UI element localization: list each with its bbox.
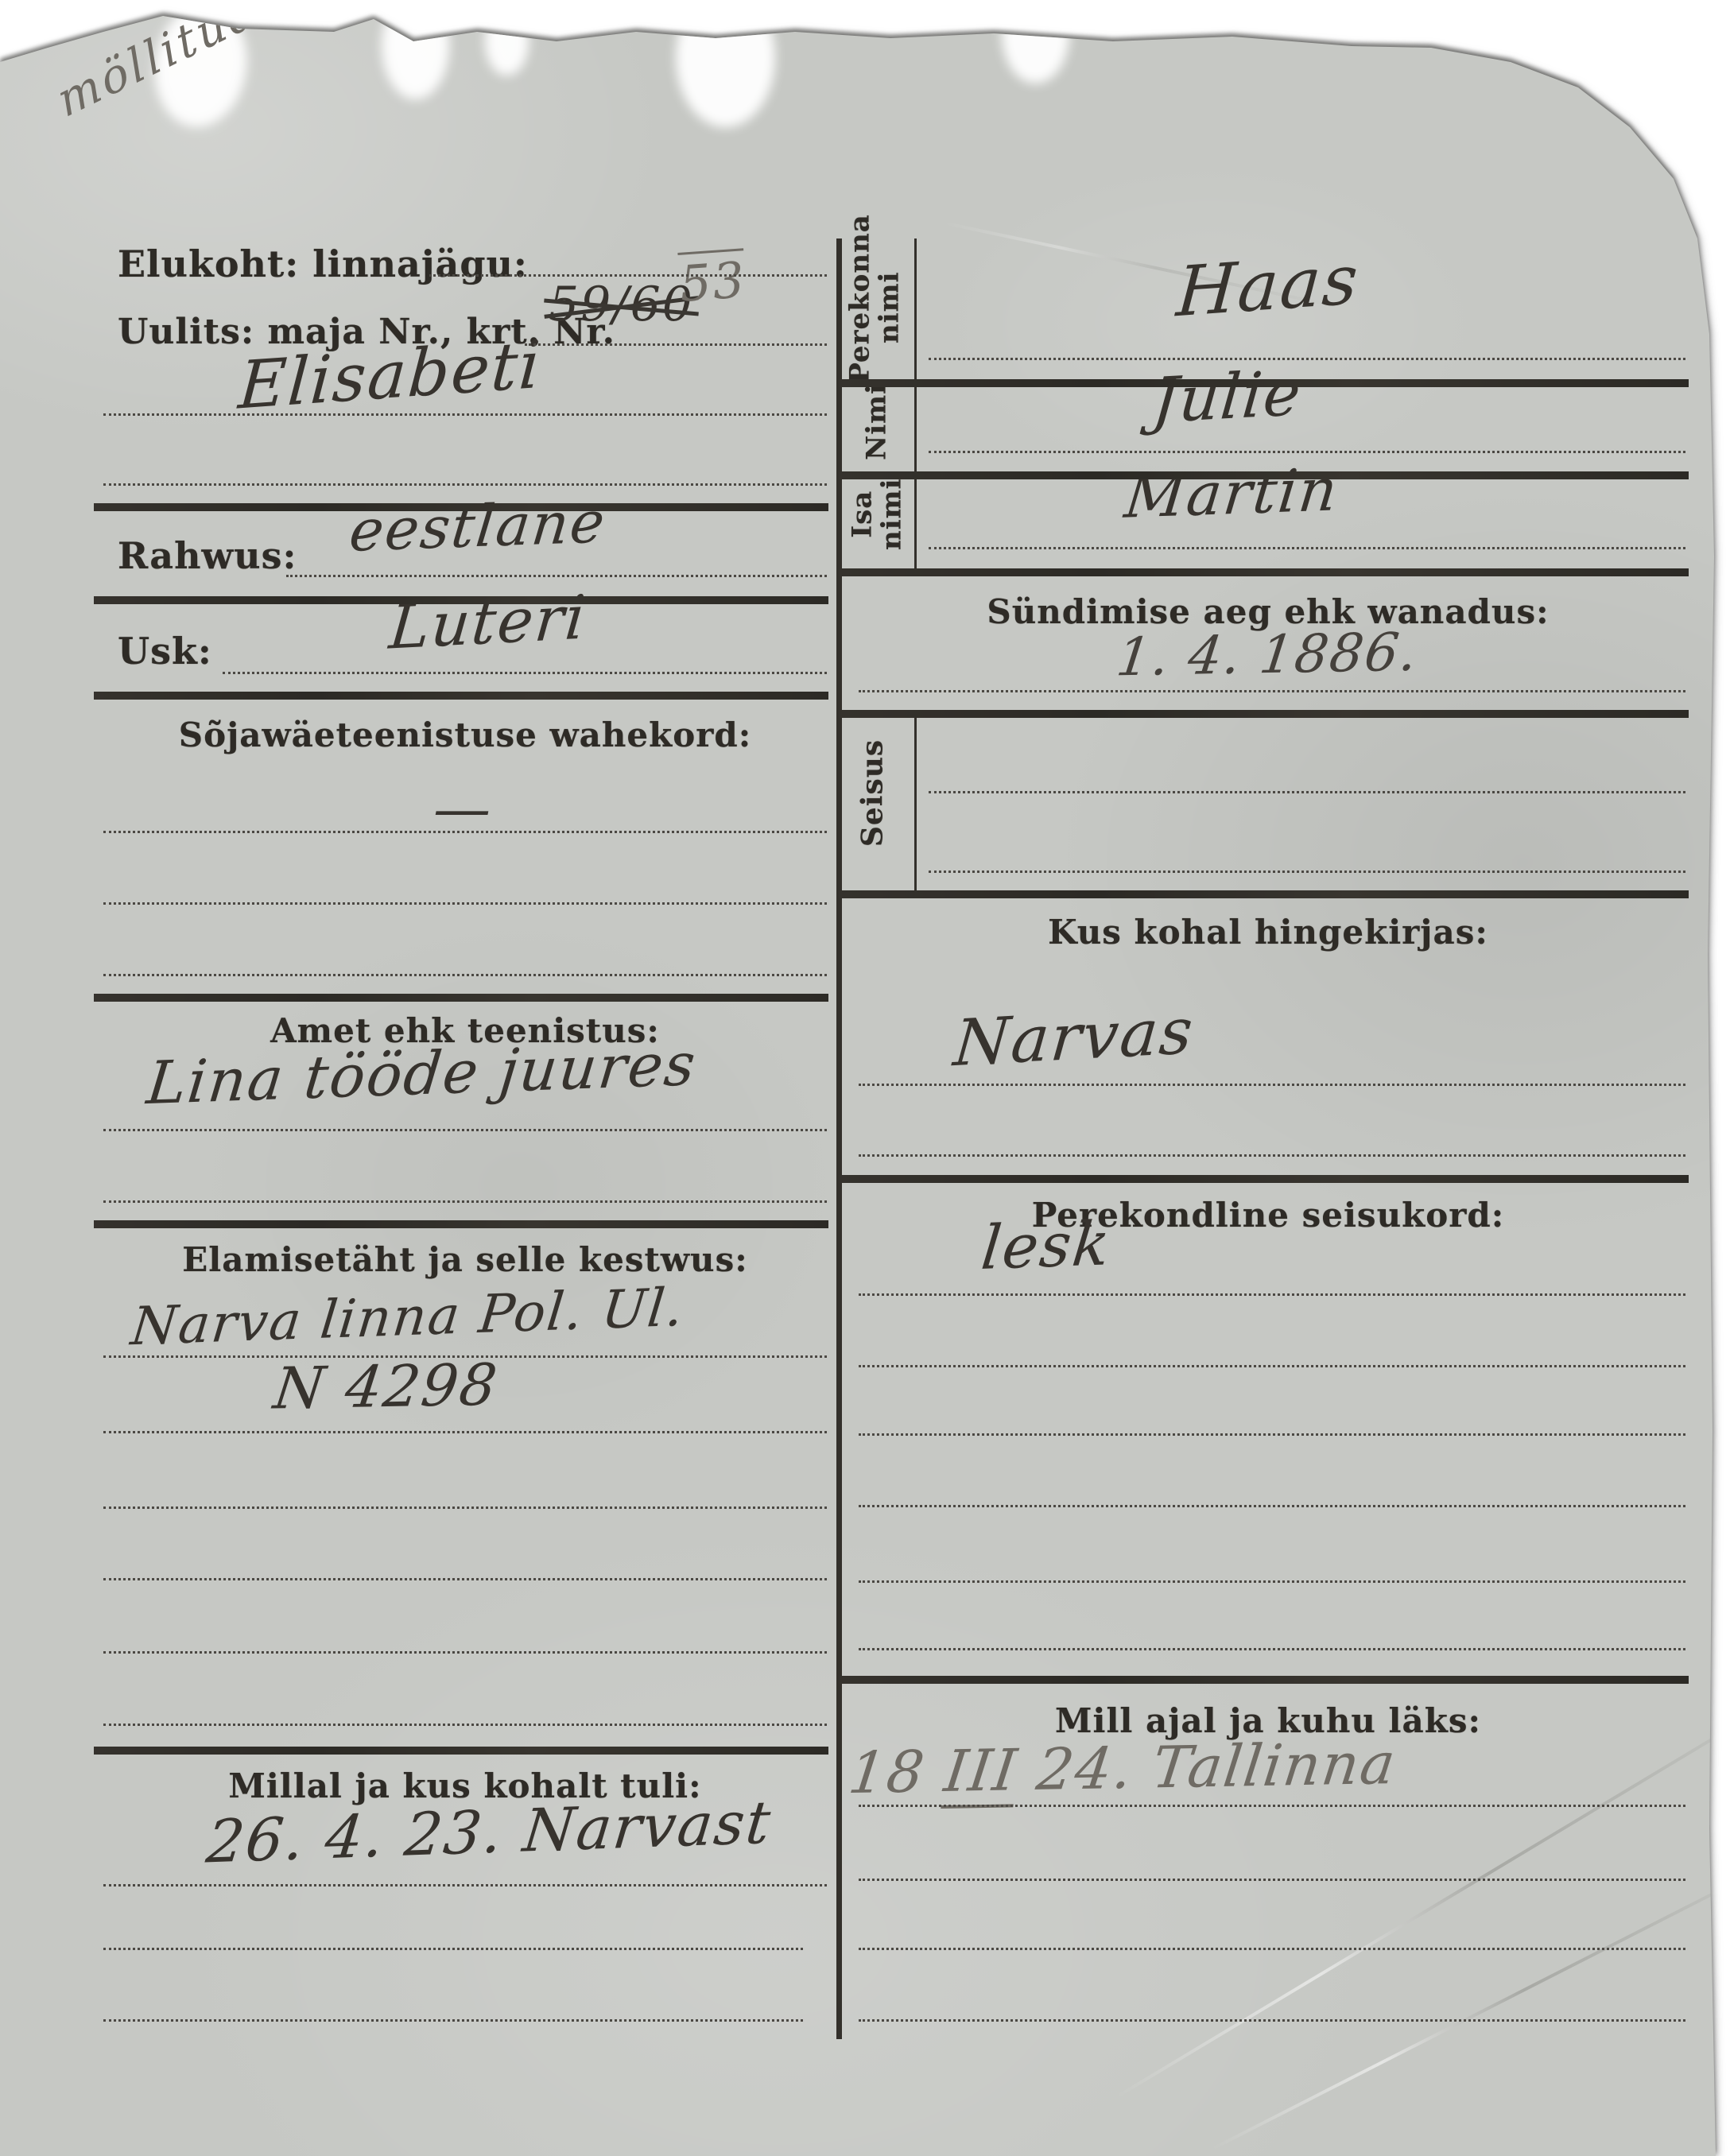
family-name-label: Perekonna nimi (845, 232, 903, 383)
section-rule (94, 692, 828, 700)
dotted-line (103, 413, 827, 416)
dotted-line (929, 791, 1685, 793)
family-status-handwriting: lesk (978, 1208, 1115, 1283)
section-rule (94, 596, 828, 604)
father-name-handwriting: Martin (1122, 456, 1342, 532)
dotted-line (859, 1879, 1685, 1881)
dotted-line (859, 1084, 1685, 1086)
section-rule (840, 710, 1689, 718)
dotted-line (103, 1355, 827, 1358)
label-separator (914, 710, 917, 890)
dotted-line (103, 902, 827, 905)
registry-handwriting: Narvas (951, 994, 1197, 1080)
dotted-line (859, 1154, 1685, 1157)
dotted-line (929, 358, 1685, 360)
dotted-line (223, 672, 827, 674)
dotted-line (929, 547, 1685, 549)
nationality-handwriting: eestlane (347, 488, 610, 564)
section-rule (840, 471, 1689, 479)
dotted-line (929, 451, 1685, 453)
dotted-line (103, 1431, 827, 1433)
house-number-corrected: 53 (678, 250, 748, 313)
section-rule (840, 1676, 1689, 1684)
status-label: Seisus (858, 725, 889, 860)
religion-handwriting: Luteri (386, 581, 589, 662)
departure-handwriting: 18 III 24. Tallinna (845, 1730, 1400, 1806)
dotted-line (859, 2019, 1685, 2022)
residence-label: Elukoht: linnajägu: (118, 242, 528, 285)
dotted-line (859, 690, 1685, 692)
scanned-register-card-page: möllitud 2. 5. Elukoht: linnajägu: Uulit… (0, 0, 1730, 2156)
nationality-label: Rahwus: (118, 534, 297, 577)
dotted-line (103, 483, 827, 486)
column-divider (836, 238, 842, 2039)
torn-patch (1002, 0, 1069, 83)
label-separator (914, 238, 917, 568)
section-rule (840, 379, 1689, 387)
crease-line (1211, 1859, 1730, 2151)
birth-handwriting: 1. 4. 1886. (1113, 622, 1422, 688)
dotted-line (859, 1505, 1685, 1507)
dotted-line (859, 1293, 1685, 1296)
dotted-line (103, 2019, 803, 2022)
military-label: Sõjawäeteenistuse wahekord: (103, 715, 827, 754)
section-rule (94, 503, 828, 511)
departure-rest: 24. Tallinna (1014, 1730, 1401, 1804)
dotted-line (103, 1651, 827, 1654)
first-name-handwriting: Julie (1150, 358, 1305, 437)
torn-patch (676, 0, 775, 127)
dotted-line (103, 1129, 827, 1131)
section-rule (94, 1220, 828, 1228)
family-name-handwriting: Haas (1174, 240, 1362, 333)
paper-sheet: möllitud 2. 5. Elukoht: linnajägu: Uulit… (0, 0, 1730, 2156)
dotted-line (929, 871, 1685, 873)
house-number-crossed: 59/60 (549, 277, 694, 332)
dotted-line (525, 343, 827, 346)
section-rule (94, 994, 828, 1002)
dotted-line (103, 974, 827, 976)
dotted-line (103, 1506, 827, 1509)
dotted-line (103, 1724, 827, 1726)
permit-line2-handwriting: N 4298 (270, 1351, 502, 1421)
torn-patch (485, 8, 529, 76)
departure-month-roman: III (941, 1736, 1022, 1809)
dotted-line (286, 575, 827, 577)
permit-label: Elamisetäht ja selle kestwus: (103, 1240, 827, 1279)
dotted-line (103, 1578, 827, 1580)
dotted-line (859, 1433, 1685, 1436)
dotted-line (103, 1948, 803, 1950)
section-rule (840, 890, 1689, 898)
dotted-line (429, 274, 827, 277)
family-status-label: Perekondline seisukord: (843, 1196, 1693, 1235)
dotted-line (859, 1580, 1685, 1583)
section-rule (840, 1175, 1689, 1183)
dotted-line (859, 1365, 1685, 1367)
dotted-line (103, 1884, 827, 1887)
section-rule (840, 568, 1689, 576)
dotted-line (859, 1648, 1685, 1650)
paper-shadow-wrap: möllitud 2. 5. Elukoht: linnajägu: Uulit… (0, 0, 1730, 2156)
permit-line1-handwriting: Narva linna Pol. Ul. (128, 1277, 688, 1358)
registry-label: Kus kohal hingekirjas: (843, 913, 1693, 952)
torn-patch (382, 0, 449, 99)
religion-label: Usk: (118, 630, 212, 673)
dotted-line (103, 831, 827, 833)
departure-day: 18 (845, 1738, 929, 1806)
dotted-line (859, 1948, 1685, 1950)
section-rule (94, 1747, 828, 1755)
dotted-line (859, 1805, 1685, 1807)
dotted-line (103, 1200, 827, 1203)
